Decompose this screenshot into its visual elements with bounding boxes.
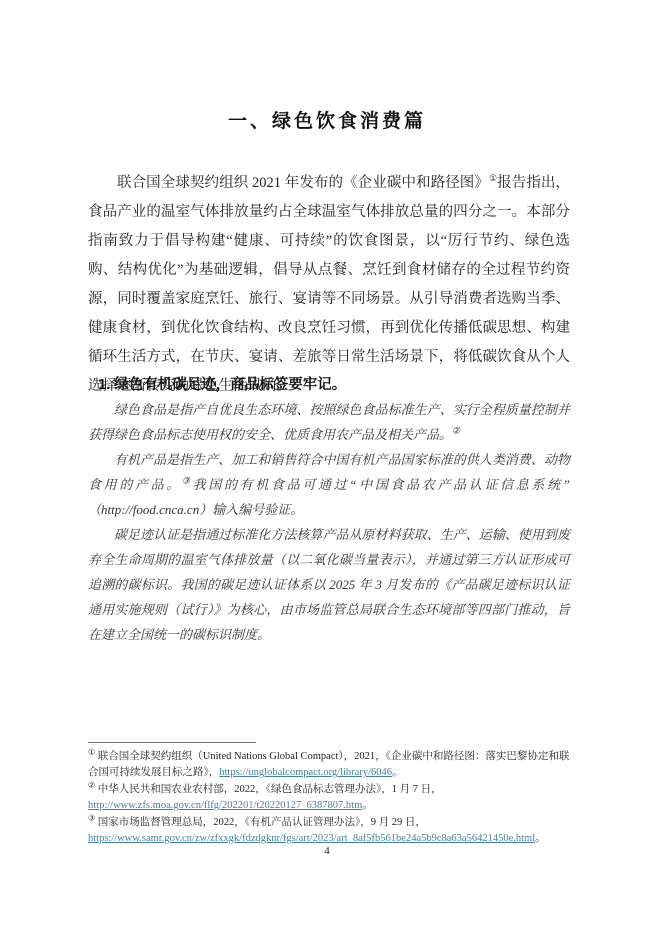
organic-product-paragraph: 有机产品是指生产、加工和销售符合中国有机产品国家标准的供人类消费、动物食用的产品…	[88, 447, 570, 522]
footnote-2: ② 中华人民共和国农业农村部，2022，《绿色食品标志管理办法》，1 月 7 日…	[88, 782, 570, 814]
footnote-2-link[interactable]: http://www.zfs.moa.gov.cn/flfg/202201/t2…	[88, 800, 362, 811]
footnote-3-text: 国家市场监督管理总局，2022，《有机产品认证管理办法》，9 月 29 日，	[98, 817, 426, 828]
footnote-3-tail: 。	[535, 833, 546, 844]
footnote-1-marker: ①	[88, 748, 95, 757]
footnote-3-link[interactable]: https://www.samr.gov.cn/zw/zfxxgk/fdzdgk…	[88, 833, 535, 844]
intro-paragraph: 联合国全球契约组织 2021 年发布的《企业碳中和路径图》①报告指出，食品产业的…	[88, 169, 570, 401]
footnote-2-tail: 。	[362, 800, 373, 811]
footnote-ref-3[interactable]: ③	[182, 476, 193, 486]
footnote-3-marker: ③	[88, 814, 95, 823]
footnotes-section: ① 联合国全球契约组织（United Nations Global Compac…	[88, 742, 570, 848]
green-food-paragraph: 绿色食品是指产自优良生态环境、按照绿色食品标准生产、实行全程质量控制并获得绿色食…	[88, 397, 570, 447]
section-1-heading: 1. 绿色有机碳足迹，商品标签要牢记。	[88, 374, 570, 396]
intro-text-continued: 报告指出，食品产业的温室气体排放量约占全球温室气体排放总量的四分之一。本部分指南…	[88, 175, 570, 394]
footnote-2-marker: ②	[88, 781, 95, 790]
footnote-separator	[88, 742, 256, 743]
footnote-ref-1[interactable]: ①	[489, 173, 497, 183]
footnote-1: ① 联合国全球契约组织（United Nations Global Compac…	[88, 749, 570, 781]
footnote-ref-2[interactable]: ②	[452, 426, 460, 436]
page-title: 一、绿色饮食消费篇	[0, 106, 654, 133]
footnote-2-text: 中华人民共和国农业农村部，2022，《绿色食品标志管理办法》，1 月 7 日，	[98, 784, 442, 795]
footnote-1-link[interactable]: https://unglobalcompact.org/library/6046	[219, 767, 392, 778]
footnote-1-tail: 。	[392, 767, 403, 778]
page-number: 4	[0, 845, 654, 857]
definitions-block: 绿色食品是指产自优良生态环境、按照绿色食品标准生产、实行全程质量控制并获得绿色食…	[88, 397, 570, 647]
footnote-3: ③ 国家市场监督管理总局，2022，《有机产品认证管理办法》，9 月 29 日，…	[88, 815, 570, 847]
green-food-text: 绿色食品是指产自优良生态环境、按照绿色食品标准生产、实行全程质量控制并获得绿色食…	[88, 402, 570, 442]
intro-text: 联合国全球契约组织 2021 年发布的《企业碳中和路径图》	[117, 175, 489, 191]
carbon-footprint-paragraph: 碳足迹认证是指通过标准化方法核算产品从原材料获取、生产、运输、使用到废弃全生命周…	[88, 522, 570, 647]
carbon-footprint-text: 碳足迹认证是指通过标准化方法核算产品从原材料获取、生产、运输、使用到废弃全生命周…	[88, 527, 570, 642]
document-page: 一、绿色饮食消费篇 联合国全球契约组织 2021 年发布的《企业碳中和路径图》①…	[0, 0, 654, 925]
